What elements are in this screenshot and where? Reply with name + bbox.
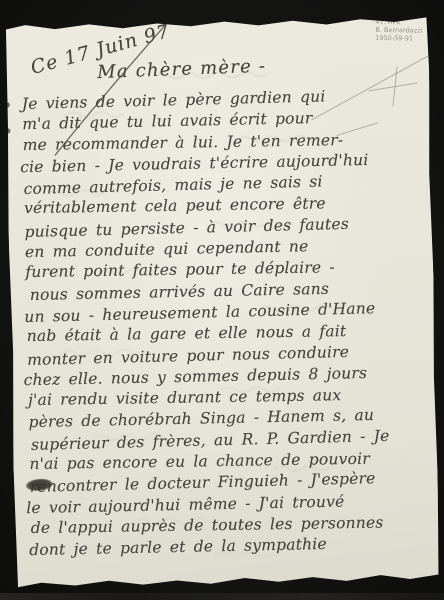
letter-paper: 47. RPK B. Bernardazzi 1950-59-91 Ce 17 …: [4, 16, 440, 589]
letter-body: Je viens de voir le père gardien qui m'a…: [18, 86, 432, 563]
photo-bottom-edge: [0, 593, 444, 600]
letter-photograph: 47. RPK B. Bernardazzi 1950-59-91 Ce 17 …: [0, 0, 444, 600]
accession-line: 1950-59-91: [375, 34, 422, 43]
ink-speck: [6, 128, 10, 133]
accession-number: 47. RPK B. Bernardazzi 1950-59-91: [375, 18, 422, 43]
ink-speck: [6, 102, 10, 107]
